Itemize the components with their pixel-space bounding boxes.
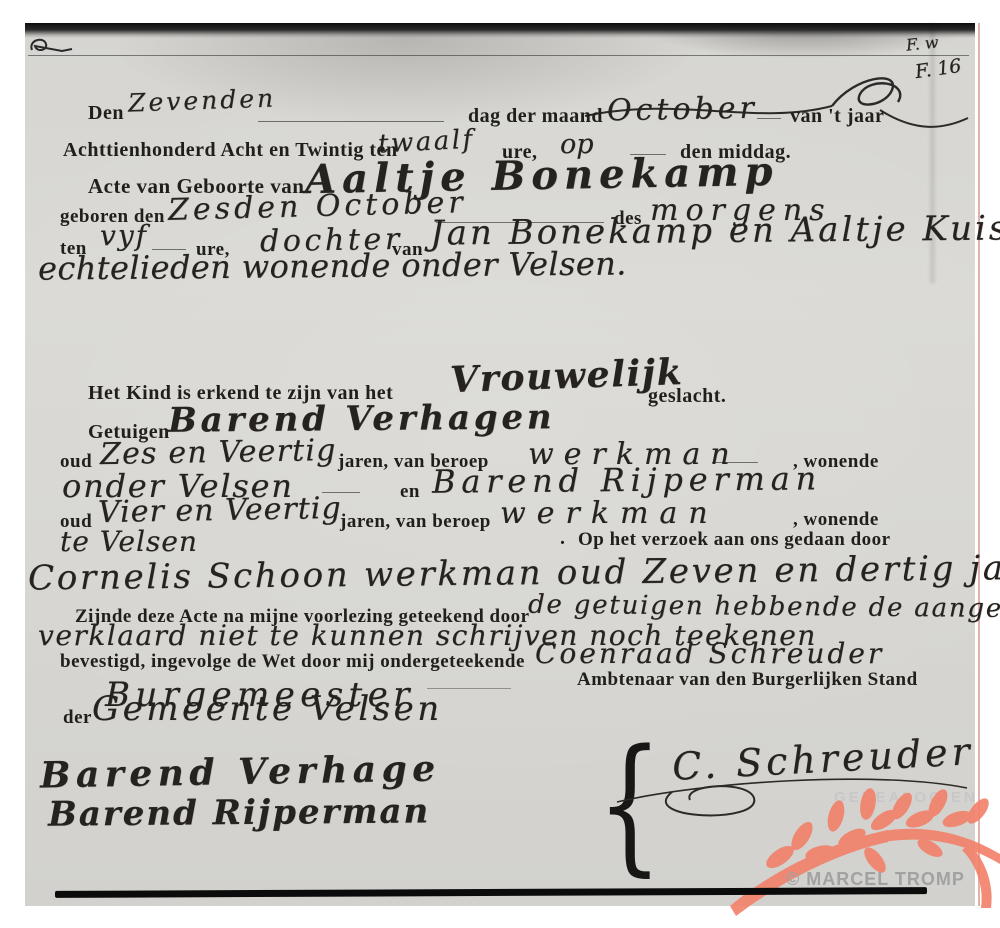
label-geslacht: geslacht. xyxy=(648,386,726,406)
top-hairline xyxy=(28,55,969,56)
registration-month: October xyxy=(607,94,758,127)
scan-edge-shadow xyxy=(25,23,975,38)
label-van-t-jaar: van 't jaar xyxy=(790,106,884,126)
declarant-line: Cornelis Schoon werkman oud Zeven en der… xyxy=(28,551,1000,596)
witness1-age: Zes en Veertig xyxy=(100,436,337,470)
label-wonende2: , wonende xyxy=(793,510,879,529)
scribble-mark xyxy=(28,36,74,60)
label-jaren-beroep2: jaren, van beroep xyxy=(340,512,491,531)
label-den: Den xyxy=(88,103,124,123)
signature-witness2: Barend Rijperman xyxy=(48,794,430,831)
blank-rule xyxy=(258,121,444,122)
label-ambtenaar: Ambtenaar van den Burgerlijken Stand xyxy=(577,670,918,689)
birth-date: Zesden October xyxy=(168,188,467,226)
label-en: en xyxy=(400,482,420,501)
label-dag-der-maand: dag der maand xyxy=(468,106,603,126)
top-right-mark: F. w xyxy=(905,34,939,53)
official-name: Coenraad Schreuder xyxy=(535,640,884,668)
witness2-occupation: werkman xyxy=(500,499,719,529)
hw-echtelieden: echtelieden wonende onder Velsen. xyxy=(38,247,627,284)
hw-gemeente-velsen: Gemeente Velsen xyxy=(92,692,443,726)
blank-rule xyxy=(757,118,781,119)
label-dot: . xyxy=(560,528,566,548)
witness2-name: Barend Rijperman xyxy=(432,462,822,497)
hw-getuigen-aangever: de getuigen hebbende de aangever xyxy=(528,592,1000,623)
label-der: der xyxy=(63,708,92,727)
signature-witness1: Barend Verhage xyxy=(40,751,441,794)
witness1-name: Barend Verhagen xyxy=(168,400,556,437)
label-verzoek: Op het verzoek aan ons gedaan door xyxy=(578,530,891,549)
witness2-residence: te Velsen xyxy=(60,528,198,556)
witness2-age: Vier en Veertig xyxy=(98,494,342,528)
birth-hour: vyf xyxy=(100,222,148,250)
registration-day: Zevenden xyxy=(128,85,277,115)
label-bevestigd: bevestigd, ingevolge de Wet door mij ond… xyxy=(60,652,525,671)
